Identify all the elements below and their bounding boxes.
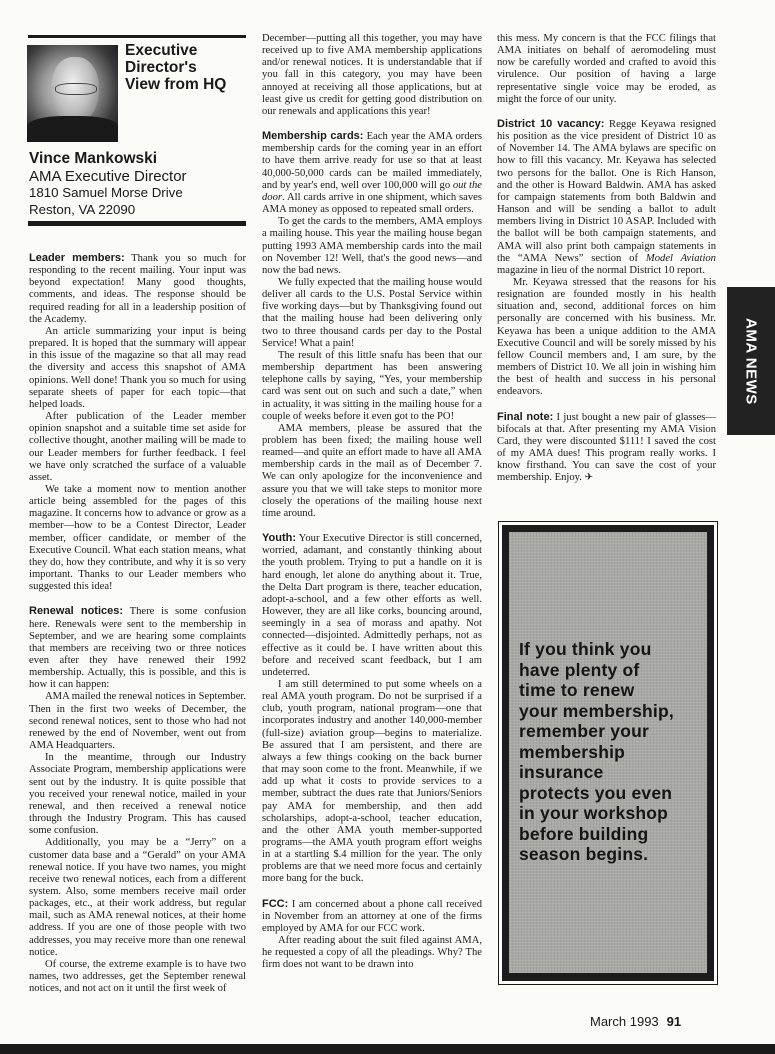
paragraph: FCC: I am concerned about a phone call r… [262,898,482,935]
author-name: Vince Mankowski [29,150,249,168]
page-bottom-edge [0,1044,775,1054]
section-heading-district10: District 10 vacancy: [497,118,604,130]
column-3: this mess. My concern is that the FCC fi… [497,33,716,484]
author-block: Vince Mankowski AMA Executive Director 1… [29,150,249,218]
paragraph-text: Regge Keyawa resigned his position as th… [497,119,716,264]
ad-panel: If you think you have plenty of time to … [509,532,707,973]
column-title: Executive Director's View from HQ [125,42,250,93]
paragraph: Additionally, you may be a “Jerry” on a … [29,837,246,959]
title-line: Executive [125,42,250,59]
column-1: Leader members: Thank you so much for re… [29,252,246,995]
title-line: View from HQ [125,76,250,93]
header-rule-bottom [28,221,246,226]
paragraph: Youth: Your Executive Director is still … [262,532,482,679]
page-number: 91 [667,1014,681,1029]
ad-line: insurance [519,762,703,783]
paragraph: To get the cards to the members, AMA emp… [262,216,482,277]
photo-suit [27,116,118,142]
paragraph: December—putting all this together, you … [262,33,482,118]
paragraph: Of course, the extreme example is to hav… [29,959,246,995]
photo-glasses [55,83,97,95]
ad-line: before building [519,824,703,845]
section-side-tab: AMA NEWS [727,287,775,435]
ad-line: in your workshop [519,803,703,824]
airplane-end-mark-icon: ✈ [585,472,593,483]
paragraph-text: . All cards arrive in one shipment, whic… [262,192,482,215]
paragraph: AMA mailed the renewal notices in Septem… [29,691,246,752]
header-rule-top [28,35,246,38]
paragraph: We fully expected that the mailing house… [262,277,482,350]
ad-frame: If you think you have plenty of time to … [502,525,714,981]
magazine-page: Executive Director's View from HQ Vince … [0,0,775,1054]
paragraph: Mr. Keyawa stressed that the reasons for… [497,277,716,399]
ad-text: If you think you have plenty of time to … [519,639,703,865]
paragraph: Leader members: Thank you so much for re… [29,252,246,326]
paragraph: The result of this little snafu has been… [262,350,482,423]
address-line-2: Reston, VA 22090 [29,202,249,219]
author-role: AMA Executive Director [29,168,249,185]
section-heading-leader: Leader members: [29,252,125,264]
paragraph: AMA members, please be assured that the … [262,423,482,520]
paragraph: Membership cards: Each year the AMA orde… [262,130,482,216]
paragraph: I am still determined to put some wheels… [262,679,482,886]
paragraph-text: magazine in lieu of the normal District … [497,265,705,276]
paragraph-text: There is some confusion here. Renewals w… [29,606,246,690]
ad-line: protects you even [519,783,703,804]
section-heading-youth: Youth: [262,532,296,544]
ad-line: If you think you [519,639,703,660]
section-heading-renewal: Renewal notices: [29,605,123,617]
paragraph: We take a moment now to mention another … [29,484,246,593]
ad-line: season begins. [519,844,703,865]
title-line: Director's [125,59,250,76]
paragraph: this mess. My concern is that the FCC fi… [497,33,716,106]
section-heading-fcc: FCC: [262,898,288,910]
insurance-ad: If you think you have plenty of time to … [498,521,718,985]
column-2: December—putting all this together, you … [262,33,482,972]
paragraph: An article summarizing your input is bei… [29,326,246,411]
paragraph: Final note: I just bought a new pair of … [497,411,716,485]
ad-line: your membership, [519,701,703,722]
issue-date: March 1993 [590,1014,659,1029]
paragraph: District 10 vacancy: Regge Keyawa resign… [497,118,716,277]
page-footer: March 199391 [590,1014,681,1029]
ad-line: remember your [519,721,703,742]
section-heading-final: Final note: [497,411,553,423]
paragraph-text: Your Executive Director is still concern… [262,533,482,678]
ad-line: have plenty of [519,660,703,681]
paragraph: In the meantime, through our Industry As… [29,752,246,837]
ad-line: membership [519,742,703,763]
paragraph: After reading about the suit filed again… [262,935,482,971]
emphasis: Model Aviation [646,253,716,264]
paragraph: After publication of the Leader member o… [29,411,246,484]
paragraph: Renewal notices: There is some confusion… [29,605,246,691]
address-line-1: 1810 Samuel Morse Drive [29,185,249,202]
section-heading-cards: Membership cards: [262,130,363,142]
ad-line: time to renew [519,680,703,701]
author-photo [27,45,118,142]
side-tab-label: AMA NEWS [743,318,760,405]
paragraph-text: I am concerned about a phone call receiv… [262,899,482,934]
